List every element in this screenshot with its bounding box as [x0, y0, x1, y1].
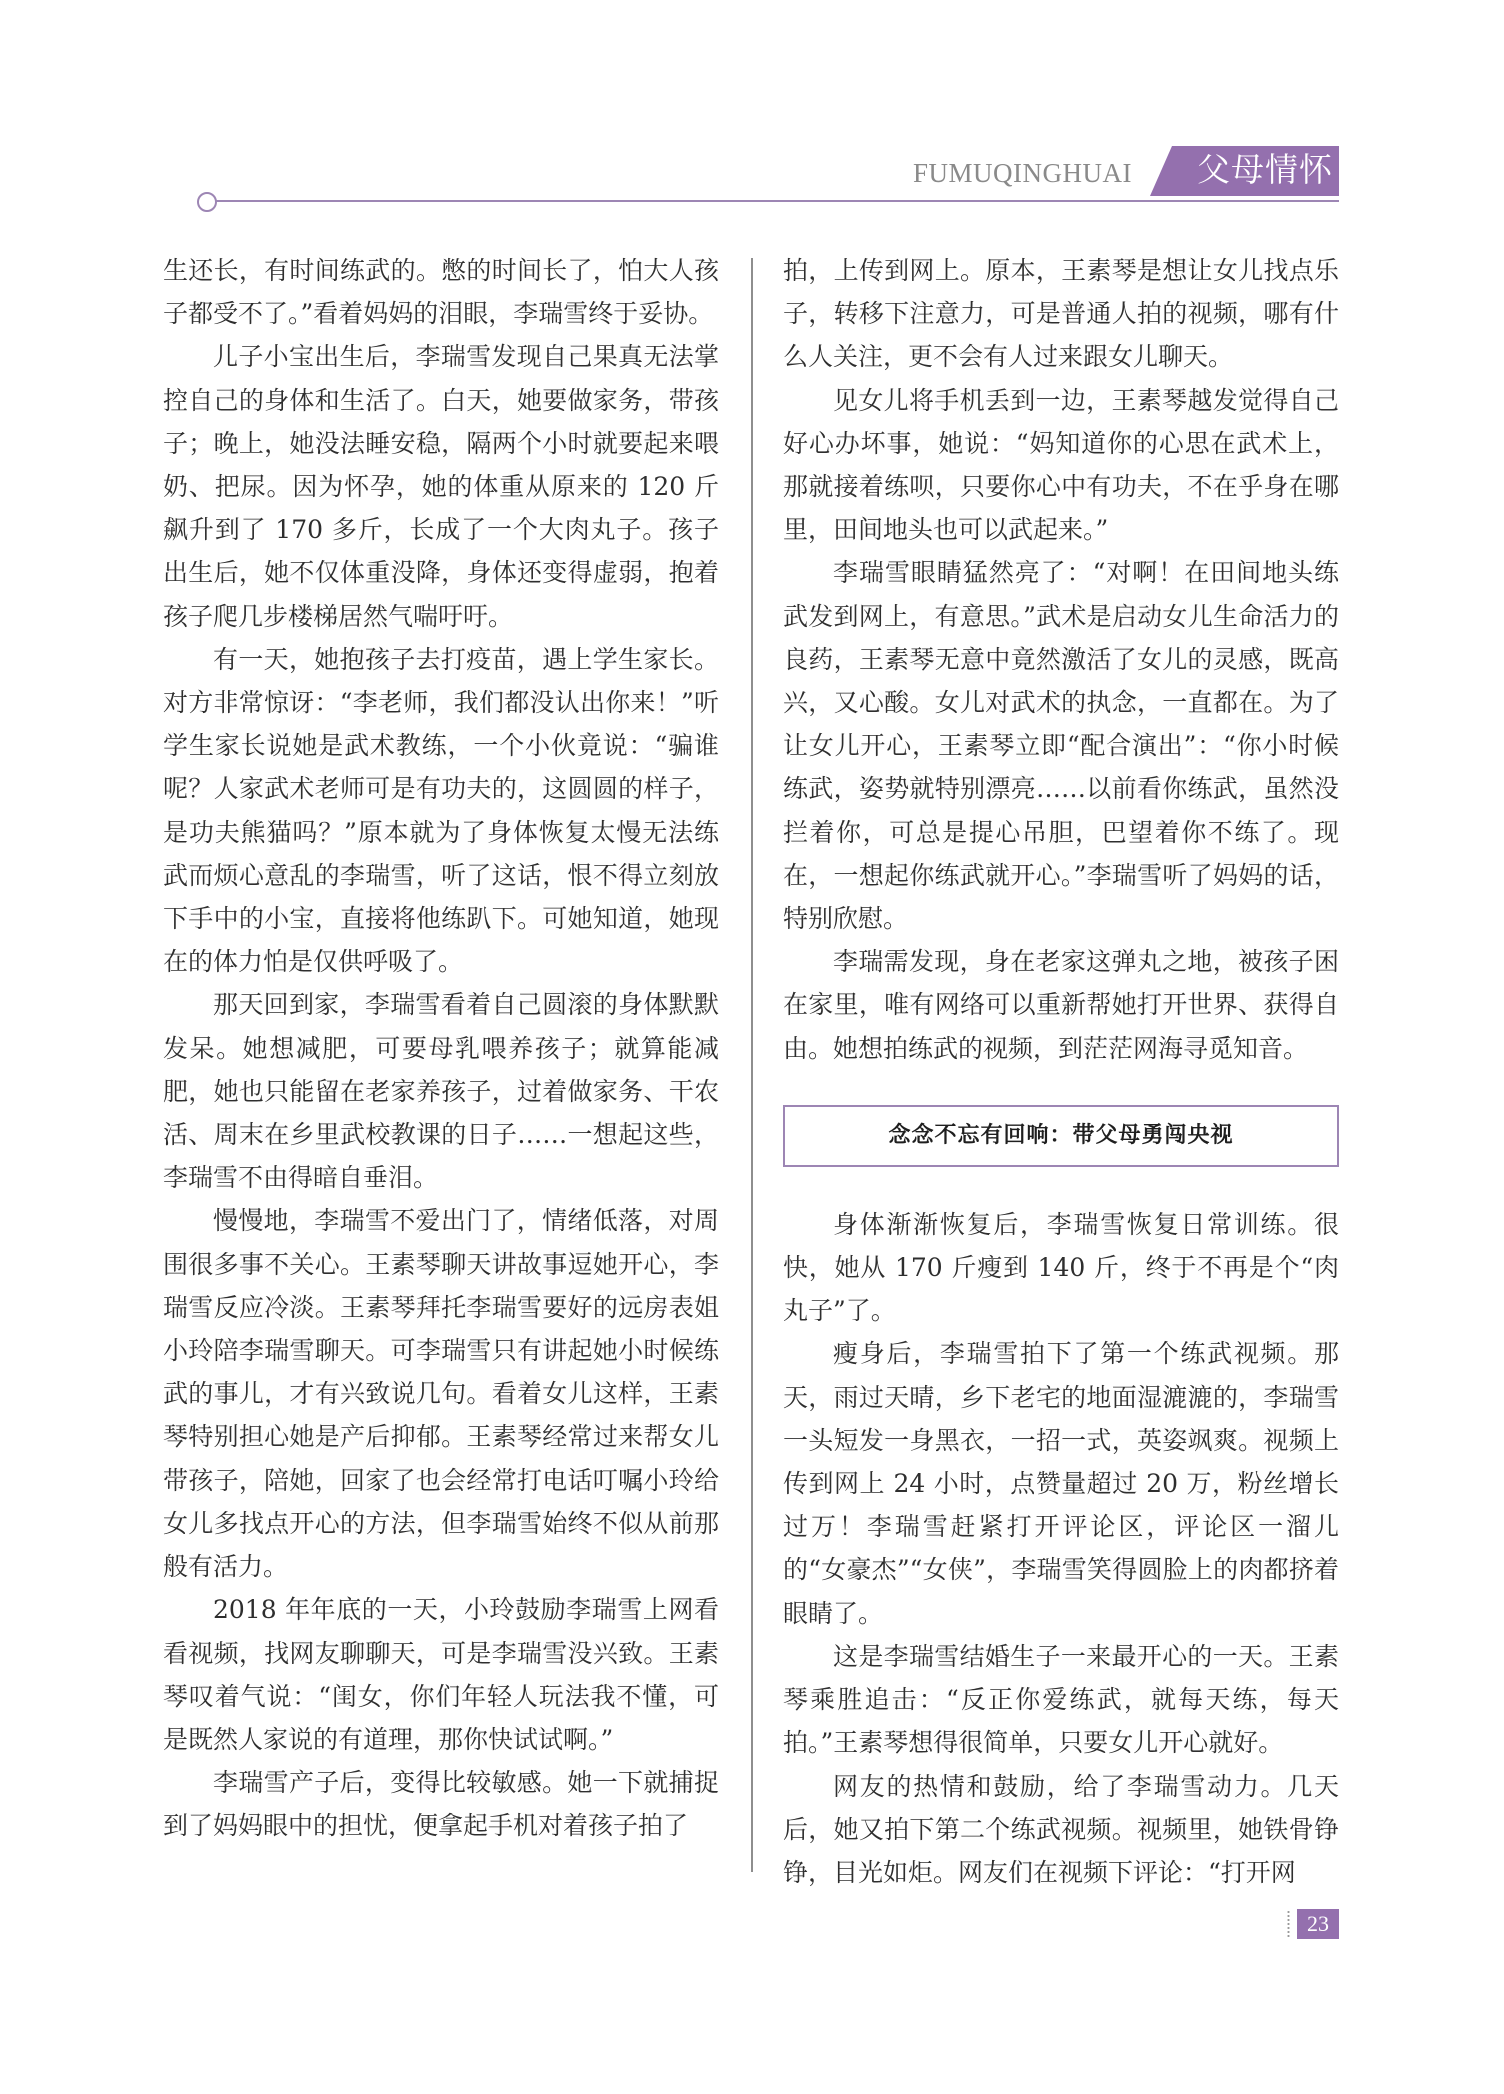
header-rule	[215, 200, 1339, 202]
paragraph: 网友的热情和鼓励，给了李瑞雪动力。几天后，她又拍下第二个练武视频。视频里，她铁骨…	[783, 1765, 1339, 1895]
section-heading: 念念不忘有回响：带父母勇闯央视	[888, 1114, 1233, 1157]
paragraph: 慢慢地，李瑞雪不爱出门了，情绪低落，对周围很多事不关心。王素琴聊天讲故事逗她开心…	[163, 1199, 719, 1588]
paragraph: 拍，上传到网上。原本，王素琴是想让女儿找点乐子，转移下注意力，可是普通人拍的视频…	[783, 249, 1339, 379]
paragraph: 李瑞雪眼睛猛然亮了：“对啊！在田间地头练武发到网上，有意思。”武术是启动女儿生命…	[783, 551, 1339, 940]
paragraph: 儿子小宝出生后，李瑞雪发现自己果真无法掌控自己的身体和生活了。白天，她要做家务，…	[163, 335, 719, 637]
header-circle-ornament	[197, 192, 217, 212]
paragraph: 李瑞需发现，身在老家这弹丸之地，被孩子困在家里，唯有网络可以重新帮她打开世界、获…	[783, 940, 1339, 1070]
paragraph: 2018 年年底的一天，小玲鼓励李瑞雪上网看看视频，找网友聊聊天，可是李瑞雪没兴…	[163, 1588, 719, 1761]
section-pinyin-label: FUMUQINGHUAI	[880, 158, 1132, 189]
section-title: 父母情怀	[1190, 148, 1340, 192]
paragraph: 见女儿将手机丢到一边，王素琴越发觉得自己好心办坏事，她说：“妈知道你的心思在武术…	[783, 379, 1339, 552]
paragraph: 那天回到家，李瑞雪看着自己圆滚的身体默默发呆。她想减肥，可要母乳喂养孩子；就算能…	[163, 983, 719, 1199]
page-number-dots-ornament	[1287, 1910, 1290, 1938]
section-heading-box: 念念不忘有回响：带父母勇闯央视	[783, 1105, 1339, 1167]
column-divider	[751, 258, 753, 1872]
paragraph: 有一天，她抱孩子去打疫苗，遇上学生家长。对方非常惊讶：“李老师，我们都没认出你来…	[163, 638, 719, 984]
paragraph: 生还长，有时间练武的。憋的时间长了，怕大人孩子都受不了。”看着妈妈的泪眼，李瑞雪…	[163, 249, 719, 335]
right-column: 拍，上传到网上。原本，王素琴是想让女儿找点乐子，转移下注意力，可是普通人拍的视频…	[783, 249, 1339, 1894]
paragraph: 李瑞雪产子后，变得比较敏感。她一下就捕捉到了妈妈眼中的担忧，便拿起手机对着孩子拍…	[163, 1761, 719, 1847]
page-number: 23	[1297, 1909, 1339, 1939]
left-column: 生还长，有时间练武的。憋的时间长了，怕大人孩子都受不了。”看着妈妈的泪眼，李瑞雪…	[163, 249, 719, 1848]
paragraph: 身体渐渐恢复后，李瑞雪恢复日常训练。很快，她从 170 斤瘦到 140 斤，终于…	[783, 1203, 1339, 1333]
paragraph: 瘦身后，李瑞雪拍下了第一个练武视频。那天，雨过天晴，乡下老宅的地面湿漉漉的，李瑞…	[783, 1332, 1339, 1634]
paragraph: 这是李瑞雪结婚生子一来最开心的一天。王素琴乘胜追击：“反正你爱练武，就每天练，每…	[783, 1635, 1339, 1765]
